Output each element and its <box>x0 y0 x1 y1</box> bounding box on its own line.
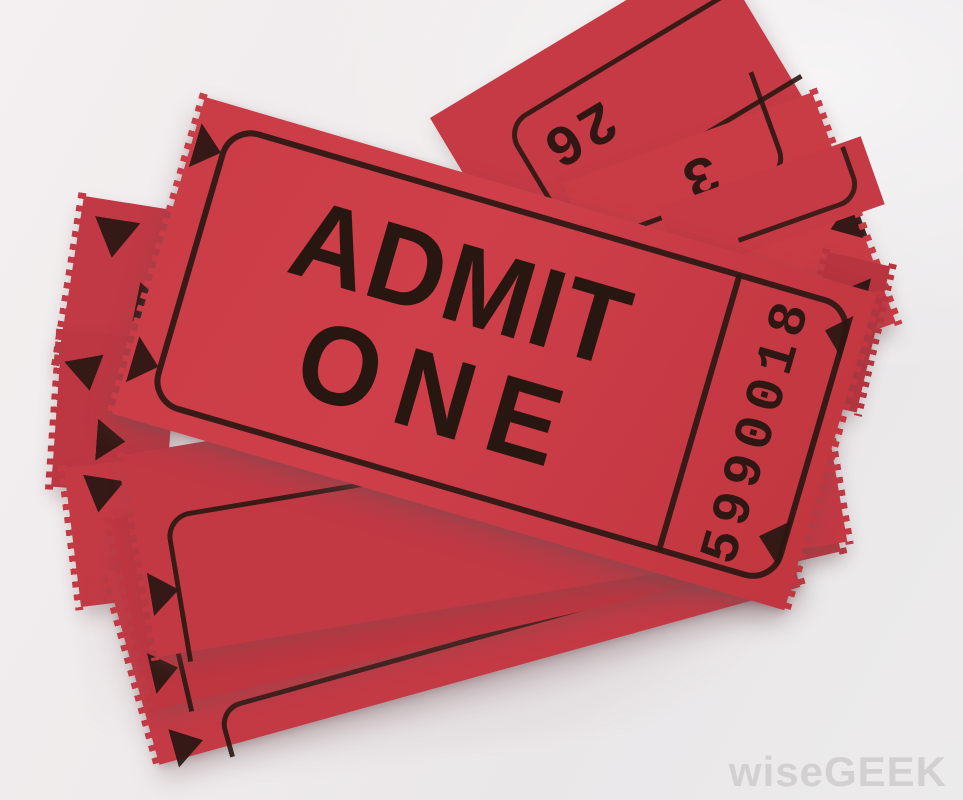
stub-triangle-icon <box>77 475 124 519</box>
watermark-text: wiseGEEK <box>729 748 947 796</box>
perforation-edge <box>45 329 64 490</box>
stub-triangle-icon <box>88 216 140 265</box>
stub-triangle-icon <box>64 355 110 397</box>
photo-stage: 26 3 <box>0 0 963 800</box>
